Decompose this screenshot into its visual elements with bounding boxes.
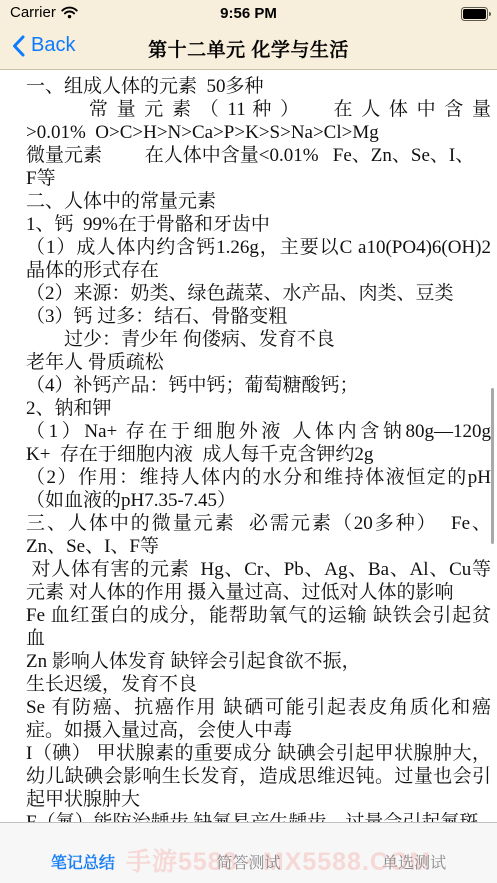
content-line: F等 — [0, 167, 497, 190]
content-line: （如血液的pH7.35-7.45） — [0, 489, 497, 512]
content-line: 对人体有害的元素 Hg、Cr、Pb、Ag、Ba、Al、Cu等 — [0, 558, 497, 581]
content-line: （1）Na+ 存在于细胞外液 人体内含钠80g—120g — [0, 420, 497, 443]
nav-bar: Back 第十二单元 化学与生活 — [0, 26, 497, 70]
clock: 9:56 PM — [0, 5, 497, 22]
content-line: >0.01% O>C>H>N>Ca>P>K>S>Na>Cl>Mg — [0, 121, 497, 144]
content-line: 1、钙 99%在于骨骼和牙齿中 — [0, 213, 497, 236]
content-line: 三、人体中的微量元素 必需元素（20多种） Fe、 — [0, 512, 497, 535]
content-line: （1）成人体内约含钙1.26g，主要以C a10(PO4)6(OH)2 — [0, 236, 497, 259]
tab-label: 简答测试 — [217, 850, 281, 873]
content-line: 元素 对人体的作用 摄入量过高、过低对人体的影响 — [0, 581, 497, 604]
notes-scroll-view[interactable]: 一、组成人体的元素 50多种 常 量 元 素 （ 11 种 ） 在 人 体 中 … — [0, 70, 497, 883]
page-title: 第十二单元 化学与生活 — [0, 35, 497, 62]
content-lines: 一、组成人体的元素 50多种 常 量 元 素 （ 11 种 ） 在 人 体 中 … — [0, 70, 497, 834]
content-line: 幼儿缺碘会影响生长发育，造成思维迟钝。过量也会引 — [0, 765, 497, 788]
content-line: 二、人体中的常量元素 — [0, 190, 497, 213]
tab-label: 单选测试 — [382, 850, 446, 873]
content-line: Zn、Se、I、F等 — [0, 535, 497, 558]
content-line: （2）来源：奶类、绿色蔬菜、水产品、肉类、豆类 — [0, 282, 497, 305]
content-line: 微量元素 在人体中含量<0.01% Fe、Zn、Se、I、 — [0, 144, 497, 167]
tab-label: 笔记总结 — [51, 850, 115, 873]
status-bar: Carrier 9:56 PM — [0, 0, 497, 26]
tab-bar: 手游5588 · MX5588.COM 笔记总结简答测试单选测试 — [0, 822, 497, 883]
tab-short-answer-quiz[interactable]: 简答测试 — [166, 823, 332, 883]
scrollbar-thumb[interactable] — [491, 388, 494, 544]
content-line: （2）作用：维持人体内的水分和维持体液恒定的pH — [0, 466, 497, 489]
content-line: Zn 影响人体发育 缺锌会引起食欲不振， — [0, 650, 497, 673]
content-line: 过少：青少年 佝偻病、发育不良 — [0, 328, 497, 351]
content-line: （3）钙 过多：结石、骨骼变粗 — [0, 305, 497, 328]
content-line: 症。如摄入量过高，会使人中毒 — [0, 719, 497, 742]
tab-notes-summary[interactable]: 笔记总结 — [0, 823, 166, 883]
content-line: 起甲状腺肿大 — [0, 788, 497, 811]
content-line: Se 有防癌、抗癌作用 缺硒可能引起表皮角质化和癌 — [0, 696, 497, 719]
content-line: 常 量 元 素 （ 11 种 ） 在 人 体 中 含 量 — [0, 98, 497, 121]
tab-multiple-choice-quiz[interactable]: 单选测试 — [331, 823, 497, 883]
content-line: Fe 血红蛋白的成分，能帮助氧气的运输 缺铁会引起贫 — [0, 604, 497, 627]
content-line: 生长迟缓，发育不良 — [0, 673, 497, 696]
content-line: K+ 存在于细胞内液 成人每千克含钾约2g — [0, 443, 497, 466]
content-line: （4）补钙产品：钙中钙；葡萄糖酸钙； — [0, 374, 497, 397]
content-line: 晶体的形式存在 — [0, 259, 497, 282]
content-line: 一、组成人体的元素 50多种 — [0, 75, 497, 98]
battery-icon — [461, 7, 488, 21]
content-line: I（碘） 甲状腺素的重要成分 缺碘会引起甲状腺肿大， — [0, 742, 497, 765]
content-line: 2、钠和钾 — [0, 397, 497, 420]
content-line: 血 — [0, 627, 497, 650]
content-line: 老年人 骨质疏松 — [0, 351, 497, 374]
